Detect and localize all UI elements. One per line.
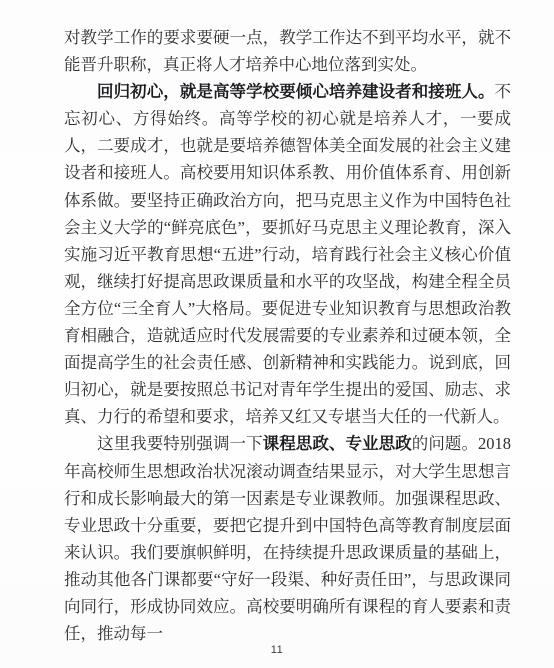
document-page: 对教学工作的要求要硬一点，教学工作达不到平均水平，就不能晋升职称，真正将人才培养… [0, 0, 554, 668]
page-number: 11 [0, 644, 554, 656]
paragraph-text: 不忘初心、方得始终。高等学校的初心就是培养人才，一要成人，二要成才，也就是要培养… [64, 82, 511, 426]
paragraph-curriculum-ideology: 这里我要特别强调一下课程思政、专业思政的问题。2018年高校师生思想政治状况滚动… [64, 430, 511, 647]
bold-emphasis-text: 课程思政、专业思政 [263, 434, 412, 453]
paragraph-text: 对教学工作的要求要硬一点，教学工作达不到平均水平，就不能晋升职称，真正将人才培养… [64, 28, 511, 74]
paragraph-text: 这里我要特别强调一下 [97, 434, 263, 453]
bold-emphasis-text: 回归初心，就是高等学校要倾心培养建设者和接班人。 [97, 82, 495, 101]
paragraph-continuation: 对教学工作的要求要硬一点，教学工作达不到平均水平，就不能晋升职称，真正将人才培养… [64, 24, 511, 78]
paragraph-return-to-mission: 回归初心，就是高等学校要倾心培养建设者和接班人。不忘初心、方得始终。高等学校的初… [64, 78, 511, 430]
document-body: 对教学工作的要求要硬一点，教学工作达不到平均水平，就不能晋升职称，真正将人才培养… [64, 24, 511, 647]
paragraph-text: 的问题。2018年高校师生思想政治状况滚动调查结果显示，对大学生思想言行和成长影… [64, 434, 511, 643]
